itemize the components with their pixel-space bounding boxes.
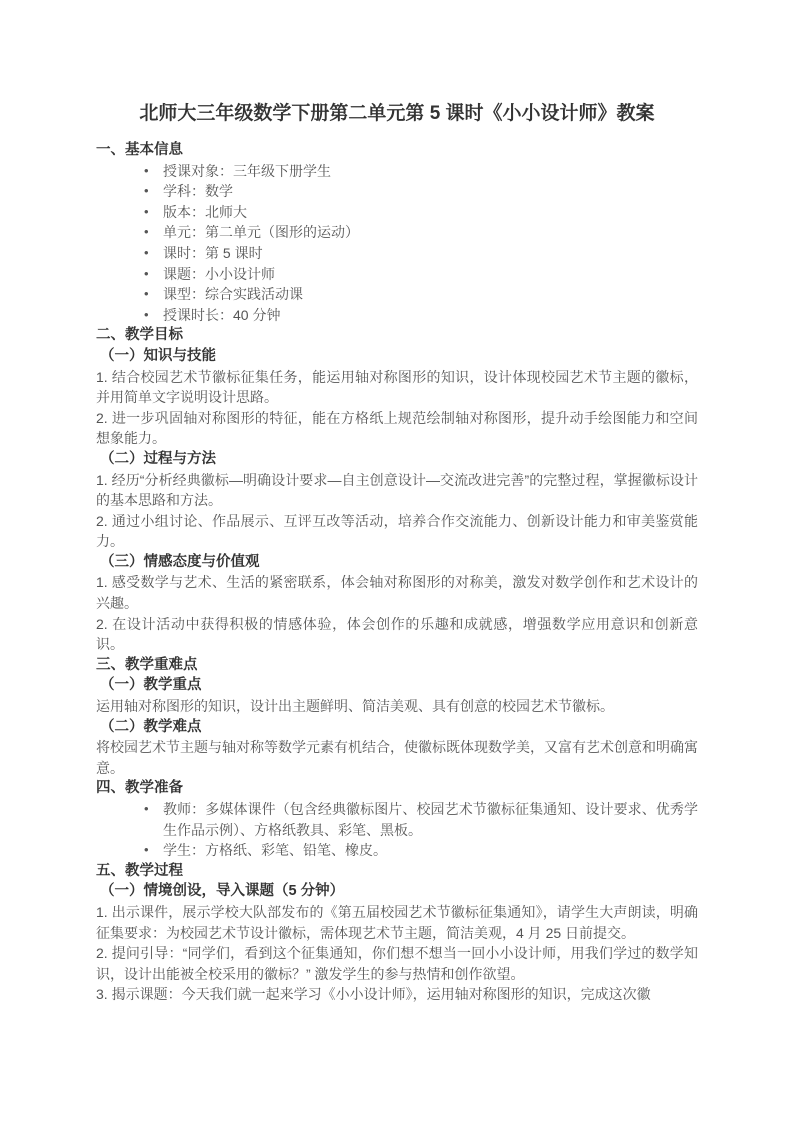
paragraph: 1. 出示课件，展示学校大队部发布的《第五届校园艺术节徽标征集通知》，请学生大声… [96, 902, 698, 943]
list-item: •课时：第 5 课时 [96, 243, 698, 264]
paragraph: 2. 通过小组讨论、作品展示、互评互改等活动，培养合作交流能力、创新设计能力和审… [96, 511, 698, 552]
section-heading: 五、教学过程 [96, 861, 698, 882]
bullet-icon: • [144, 161, 163, 182]
list-item-text: 学生：方格纸、彩笔、铅笔、橡皮。 [163, 840, 698, 861]
section-heading: 三、教学重难点 [96, 655, 698, 676]
document-body: 一、基本信息•授课对象：三年级下册学生•学科：数学•版本：北师大•单元：第二单元… [96, 140, 698, 1005]
bullet-icon: • [144, 305, 163, 326]
section-heading: 四、教学准备 [96, 778, 698, 799]
section-heading: 二、教学目标 [96, 325, 698, 346]
bullet-icon: • [144, 222, 163, 243]
sub-heading: （二）教学难点 [96, 717, 698, 738]
paragraph: 运用轴对称图形的知识，设计出主题鲜明、简洁美观、具有创意的校园艺术节徽标。 [96, 696, 698, 717]
list-item: •学生：方格纸、彩笔、铅笔、橡皮。 [96, 840, 698, 861]
bullet-icon: • [144, 284, 163, 305]
sub-heading: （一）知识与技能 [96, 346, 698, 367]
sub-heading: （二）过程与方法 [96, 449, 698, 470]
paragraph: 将校园艺术节主题与轴对称等数学元素有机结合，使徽标既体现数学美，又富有艺术创意和… [96, 737, 698, 778]
bullet-icon: • [144, 243, 163, 264]
sub-heading: （三）情感态度与价值观 [96, 552, 698, 573]
list-item-text: 课题：小小设计师 [163, 264, 698, 285]
list-item-text: 学科：数学 [163, 181, 698, 202]
bullet-icon: • [144, 840, 163, 861]
paragraph: 2. 进一步巩固轴对称图形的特征，能在方格纸上规范绘制轴对称图形，提升动手绘图能… [96, 408, 698, 449]
document-page: 北师大三年级数学下册第二单元第 5 课时《小小设计师》教案 一、基本信息•授课对… [0, 0, 794, 1123]
list-item: •授课时长：40 分钟 [96, 305, 698, 326]
bullet-icon: • [144, 181, 163, 202]
paragraph: 2. 在设计活动中获得积极的情感体验，体会创作的乐趣和成就感，增强数学应用意识和… [96, 614, 698, 655]
sub-heading: （一）情境创设，导入课题（5 分钟） [96, 881, 698, 902]
paragraph: 2. 提问引导：“同学们，看到这个征集通知，你们想不想当一回小小设计师，用我们学… [96, 943, 698, 984]
list-item: •课型：综合实践活动课 [96, 284, 698, 305]
list-item: •授课对象：三年级下册学生 [96, 161, 698, 182]
list-item-text: 授课对象：三年级下册学生 [163, 161, 698, 182]
list-item-text: 单元：第二单元（图形的运动） [163, 222, 698, 243]
document-title: 北师大三年级数学下册第二单元第 5 课时《小小设计师》教案 [96, 101, 698, 127]
list-item: •课题：小小设计师 [96, 264, 698, 285]
list-item-text: 课型：综合实践活动课 [163, 284, 698, 305]
section-heading: 一、基本信息 [96, 140, 698, 161]
bullet-icon: • [144, 264, 163, 285]
list-item: •教师：多媒体课件（包含经典徽标图片、校园艺术节徽标征集通知、设计要求、优秀学生… [96, 799, 698, 840]
list-item-text: 课时：第 5 课时 [163, 243, 698, 264]
paragraph: 3. 揭示课题：今天我们就一起来学习《小小设计师》，运用轴对称图形的知识，完成这… [96, 984, 698, 1005]
list-item: •学科：数学 [96, 181, 698, 202]
paragraph: 1. 结合校园艺术节徽标征集任务，能运用轴对称图形的知识，设计体现校园艺术节主题… [96, 367, 698, 408]
paragraph: 1. 感受数学与艺术、生活的紧密联系，体会轴对称图形的对称美，激发对数学创作和艺… [96, 572, 698, 613]
list-item-text: 教师：多媒体课件（包含经典徽标图片、校园艺术节徽标征集通知、设计要求、优秀学生作… [163, 799, 698, 840]
paragraph: 1. 经历“分析经典徽标—明确设计要求—自主创意设计—交流改进完善”的完整过程，… [96, 470, 698, 511]
sub-heading: （一）教学重点 [96, 675, 698, 696]
list-item: •单元：第二单元（图形的运动） [96, 222, 698, 243]
bullet-icon: • [144, 202, 163, 223]
list-item-text: 授课时长：40 分钟 [163, 305, 698, 326]
list-item: •版本：北师大 [96, 202, 698, 223]
list-item-text: 版本：北师大 [163, 202, 698, 223]
bullet-icon: • [144, 799, 163, 840]
